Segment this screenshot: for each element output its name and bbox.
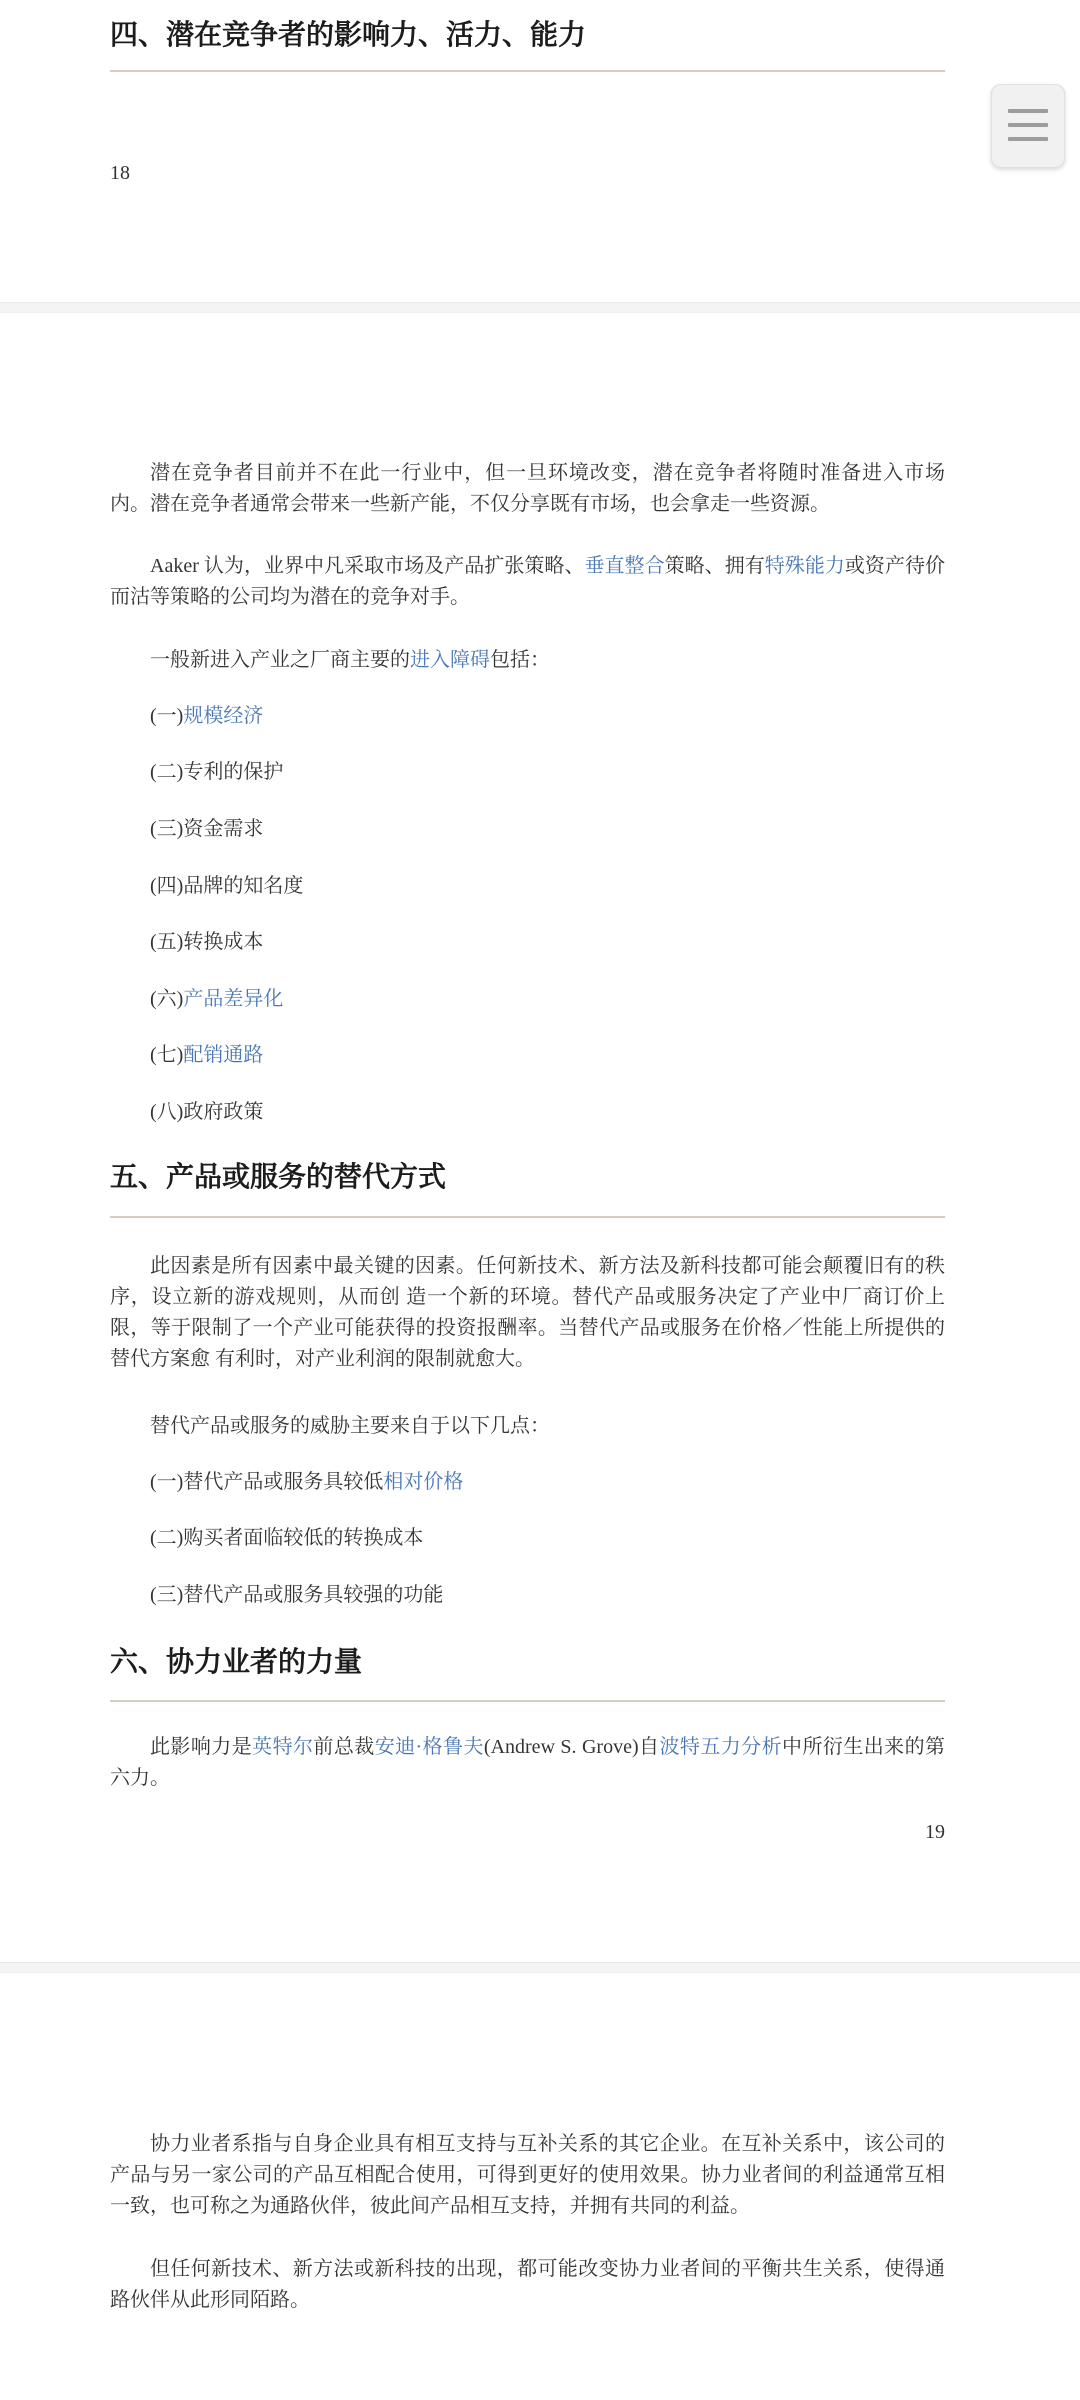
inline-link[interactable]: 特殊能力 [765,555,845,577]
section-heading: 四、潜在竞争者的影响力、活力、能力 [110,16,945,56]
text-segment: 18 [110,162,130,184]
text-segment: (二)专利的保护 [150,761,283,783]
paragraph: 协力业者系指与自身企业具有相互支持与互补关系的其它企业。在互补关系中，该公司的产… [110,2129,945,2222]
text-segment: 协力业者系指与自身企业具有相互支持与互补关系的其它企业。在互补关系中，该公司的产… [110,2133,945,2217]
hamburger-icon [1008,109,1048,145]
text-segment: 此因素是所有因素中最关键的因素。任何新技术、新方法及新科技都可能会颠覆旧有的秩序… [110,1255,945,1370]
heading-rule [110,1216,945,1218]
text-segment: 前总裁 [313,1736,374,1758]
text-segment: (二)购买者面临较低的转换成本 [150,1527,423,1549]
text-segment: (三)替代产品或服务具较强的功能 [150,1584,443,1606]
list-item: (四)品牌的知名度 [110,871,945,902]
list-item: (二)专利的保护 [110,757,945,788]
paragraph: 此因素是所有因素中最关键的因素。任何新技术、新方法及新科技都可能会颠覆旧有的秩序… [110,1251,945,1375]
list-item: (一)替代产品或服务具较低相对价格 [110,1467,945,1498]
text-segment: Aaker 认为，业界中凡采取市场及产品扩张策略、 [150,555,584,577]
text-segment: 19 [925,1821,945,1843]
text-segment: 六、协力业者的力量 [110,1647,362,1678]
heading-rule [110,70,945,72]
paragraph: Aaker 认为，业界中凡采取市场及产品扩张策略、垂直整合策略、拥有特殊能力或资… [110,551,945,613]
list-item: (三)替代产品或服务具较强的功能 [110,1580,945,1611]
text-segment: (一)替代产品或服务具较低 [150,1471,383,1493]
text-segment: (一) [150,705,183,727]
paragraph: 替代产品或服务的威胁主要来自于以下几点： [110,1411,945,1442]
text-segment: (五)转换成本 [150,931,263,953]
page-separator [0,1962,1080,1973]
inline-link[interactable]: 波特五力分析 [659,1736,782,1758]
inline-link[interactable]: 英特尔 [252,1736,313,1758]
inline-link[interactable]: 垂直整合 [584,555,664,577]
section-heading: 六、协力业者的力量 [110,1643,945,1683]
paragraph: 此影响力是英特尔前总裁安迪·格鲁夫(Andrew S. Grove)自波特五力分… [110,1732,945,1794]
text-segment: (三)资金需求 [150,818,263,840]
hamburger-bar [1008,123,1048,127]
page-separator [0,302,1080,313]
text-segment: 替代产品或服务的威胁主要来自于以下几点： [150,1415,550,1437]
list-item: (三)资金需求 [110,814,945,845]
text-segment: 一般新进入产业之厂商主要的 [150,649,410,671]
inline-link[interactable]: 配销通路 [183,1044,263,1066]
paragraph: 但任何新技术、新方法或新科技的出现，都可能改变协力业者间的平衡共生关系，使得通路… [110,2254,945,2316]
text-segment: 四、潜在竞争者的影响力、活力、能力 [110,20,586,51]
text-segment: 五、产品或服务的替代方式 [110,1162,446,1193]
list-item: (七)配销通路 [110,1040,945,1071]
inline-link[interactable]: 产品差异化 [183,988,283,1010]
hamburger-bar [1008,137,1048,141]
page-number: 19 [110,1817,945,1848]
heading-rule [110,1700,945,1702]
inline-link[interactable]: 安迪·格鲁夫 [375,1736,484,1758]
text-segment: 包括： [490,649,550,671]
text-segment: 此影响力是 [150,1736,252,1758]
text-segment: (四)品牌的知名度 [150,875,303,897]
text-segment: (六) [150,988,183,1010]
inline-link[interactable]: 进入障碍 [410,649,490,671]
list-item: (二)购买者面临较低的转换成本 [110,1523,945,1554]
text-segment: 潜在竞争者目前并不在此一行业中，但一旦环境改变，潜在竞争者将随时准备进入市场内。… [110,462,945,515]
list-item: (八)政府政策 [110,1097,945,1128]
hamburger-bar [1008,109,1048,113]
page-number: 18 [110,158,945,189]
list-item: (六)产品差异化 [110,984,945,1015]
inline-link[interactable]: 相对价格 [383,1471,463,1493]
list-item: (五)转换成本 [110,927,945,958]
text-segment: (八)政府政策 [150,1101,263,1123]
section-heading: 五、产品或服务的替代方式 [110,1158,945,1198]
reader-screen: 四、潜在竞争者的影响力、活力、能力18潜在竞争者目前并不在此一行业中，但一旦环境… [0,0,1080,2400]
text-segment: 但任何新技术、新方法或新科技的出现，都可能改变协力业者间的平衡共生关系，使得通路… [110,2258,945,2311]
text-segment: (七) [150,1044,183,1066]
paragraph: 一般新进入产业之厂商主要的进入障碍包括： [110,645,945,676]
menu-button[interactable] [991,84,1065,168]
inline-link[interactable]: 规模经济 [183,705,263,727]
text-segment: (Andrew S. Grove)自 [484,1736,660,1758]
text-segment: 策略、拥有 [665,555,765,577]
list-item: (一)规模经济 [110,701,945,732]
paragraph: 潜在竞争者目前并不在此一行业中，但一旦环境改变，潜在竞争者将随时准备进入市场内。… [110,458,945,520]
